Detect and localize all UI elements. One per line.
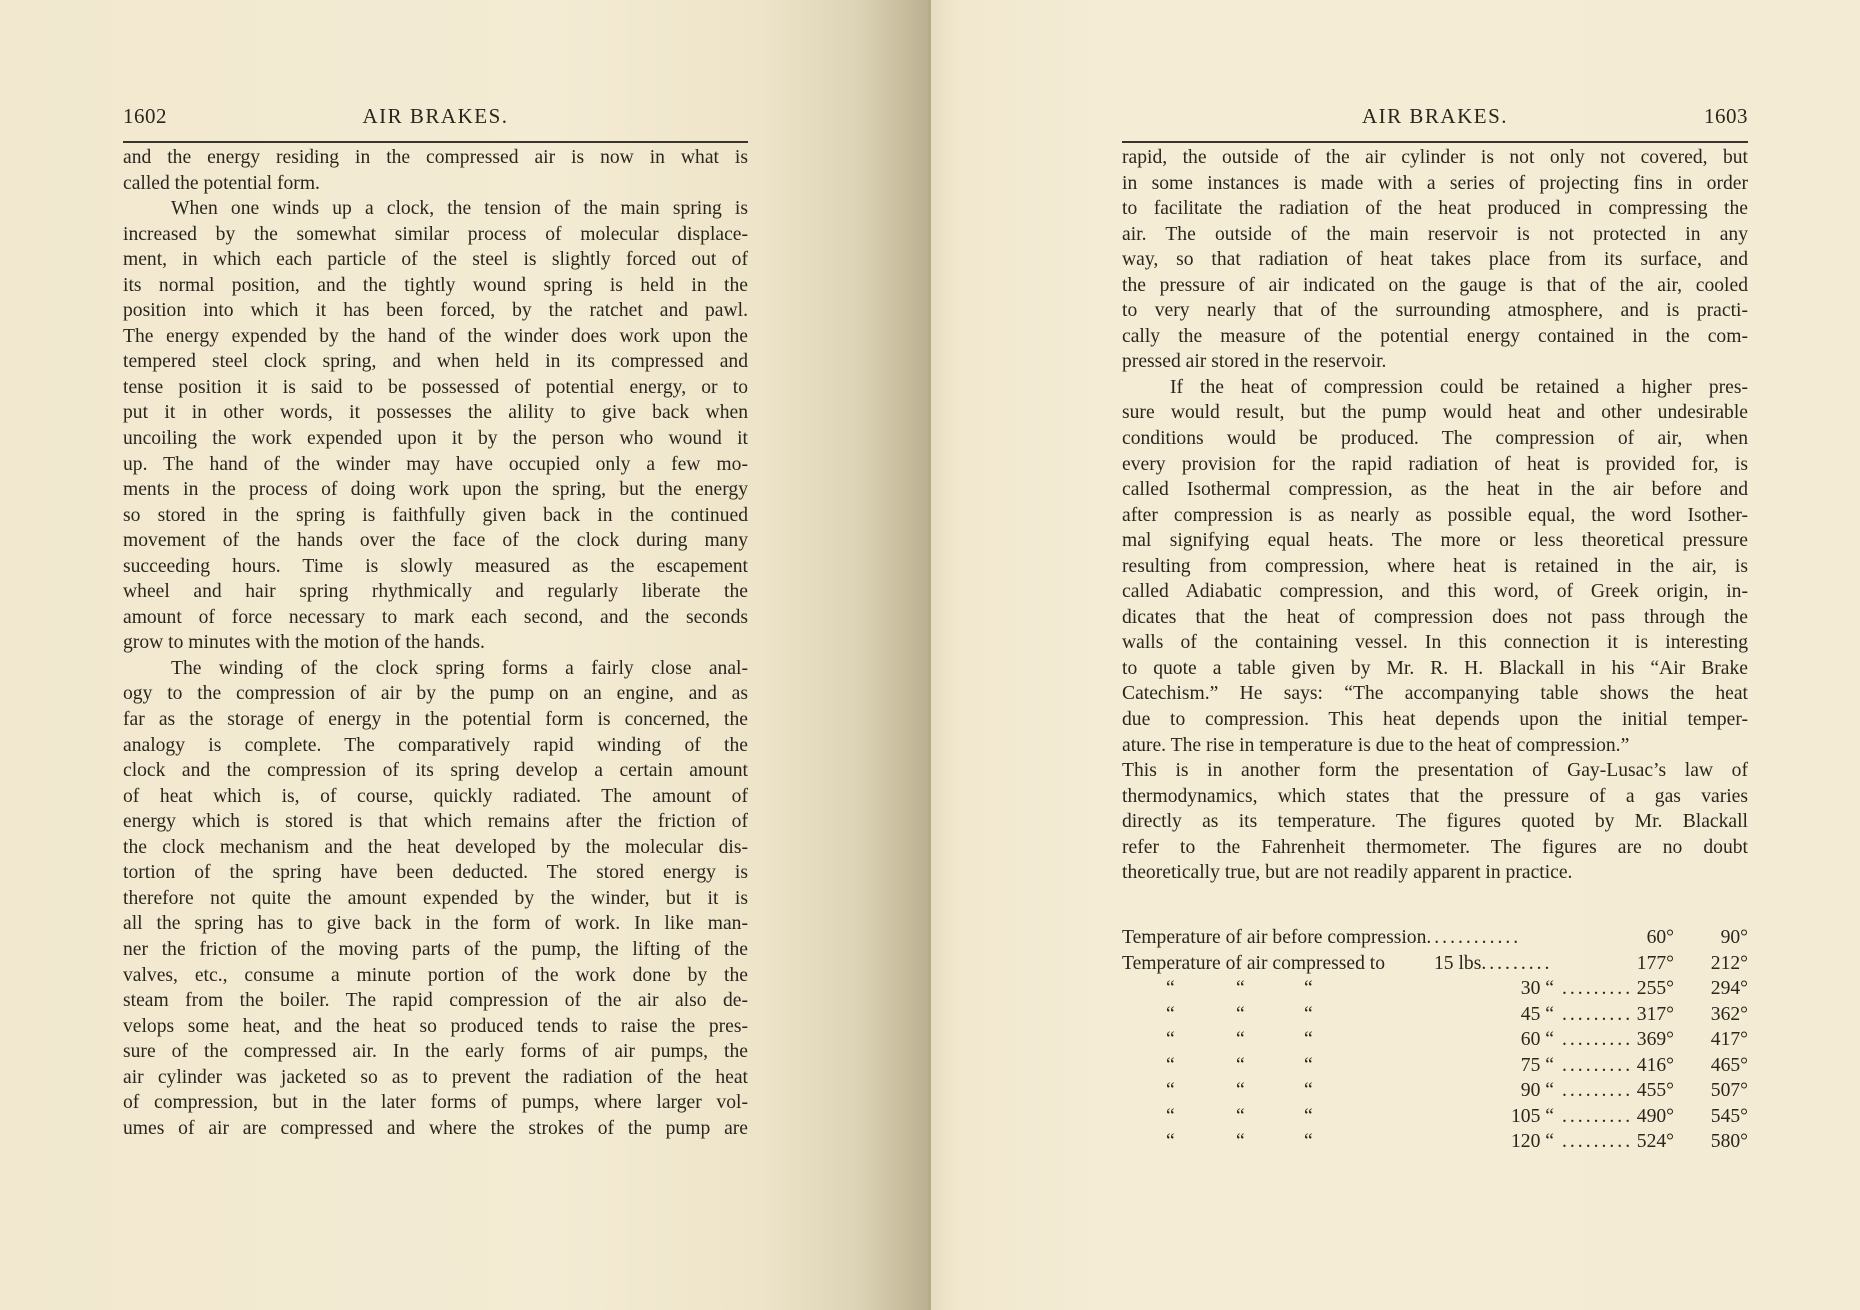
ditto-mark: “: [1166, 1078, 1175, 1104]
ditto-mark: “: [1304, 1002, 1313, 1028]
text-line: This is in another form the presentation…: [1122, 758, 1748, 784]
text-line: after compression is as nearly as possib…: [1122, 503, 1748, 529]
text-line: of compression, but in the later forms o…: [123, 1090, 748, 1116]
table-row: “““30 “.........255°294°: [1122, 976, 1748, 1002]
value-from-90: 294°: [1711, 976, 1748, 1002]
text-line: ogy to the compression of air by the pum…: [123, 681, 748, 707]
right-page-header: AIR BRAKES. 1603: [1122, 104, 1748, 134]
value-from-60: 490°: [1637, 1104, 1674, 1130]
text-line: clock and the compression of its spring …: [123, 758, 748, 784]
text-line: dicates that the heat of compression doe…: [1122, 605, 1748, 631]
pressure-cell: 45 “: [1521, 1002, 1554, 1028]
pressure-cell: 15 lbs.........: [1434, 951, 1552, 977]
text-line: every provision for the rapid radiation …: [1122, 452, 1748, 478]
book-spine: [928, 0, 931, 1310]
text-line: and the energy residing in the compresse…: [123, 145, 748, 171]
value-from-60: 369°: [1637, 1027, 1674, 1053]
value-from-60: 255°: [1637, 976, 1674, 1002]
table-row: “““45 “.........317°362°: [1122, 1002, 1748, 1028]
text-line: energy which is stored is that which rem…: [123, 809, 748, 835]
value-from-60: 317°: [1637, 1002, 1674, 1028]
text-line: tense position it is said to be possesse…: [123, 375, 748, 401]
text-line: thermodynamics, which states that the pr…: [1122, 784, 1748, 810]
text-line: uncoiling the work expended upon it by t…: [123, 426, 748, 452]
text-line: rapid, the outside of the air cylinder i…: [1122, 145, 1748, 171]
value-from-90: 417°: [1711, 1027, 1748, 1053]
pressure-cell: 90 “: [1521, 1078, 1554, 1104]
ditto-mark: “: [1166, 1129, 1175, 1155]
leader-dots: .........: [1562, 1053, 1633, 1079]
text-line: When one winds up a clock, the tension o…: [123, 196, 748, 222]
ditto-mark: “: [1304, 1027, 1313, 1053]
value-from-60: 416°: [1637, 1053, 1674, 1079]
text-line: the pressure of air indicated on the gau…: [1122, 273, 1748, 299]
text-line: ments in the process of doing work upon …: [123, 477, 748, 503]
value-from-90: 465°: [1711, 1053, 1748, 1079]
text-line: far as the storage of energy in the pote…: [123, 707, 748, 733]
text-line: cally the measure of the potential energ…: [1122, 324, 1748, 350]
header-rule: [1122, 141, 1748, 143]
text-line: called Adiabatic compression, and this w…: [1122, 579, 1748, 605]
left-page-header: 1602 AIR BRAKES.: [123, 104, 748, 134]
value-from-60: 524°: [1637, 1129, 1674, 1155]
ditto-mark: “: [1236, 1002, 1245, 1028]
text-line: due to compression. This heat depends up…: [1122, 707, 1748, 733]
ditto-mark: “: [1304, 1104, 1313, 1130]
temperature-table: Temperature of air before compression...…: [1122, 925, 1748, 1155]
leader-dots: .........: [1562, 976, 1633, 1002]
ditto-mark: “: [1236, 1053, 1245, 1079]
text-line: wheel and hair spring rhythmically and r…: [123, 579, 748, 605]
text-line: refer to the Fahrenheit thermometer. The…: [1122, 835, 1748, 861]
text-line: If the heat of compression could be reta…: [1122, 375, 1748, 401]
pressure-cell: 105 “: [1511, 1104, 1554, 1130]
text-line: tortion of the spring have been deducted…: [123, 860, 748, 886]
text-line: mal signifying equal heats. The more or …: [1122, 528, 1748, 554]
text-line: its normal position, and the tightly wou…: [123, 273, 748, 299]
value-from-90: 212°: [1711, 951, 1748, 977]
value-from-90: 580°: [1711, 1129, 1748, 1155]
text-line: all the spring has to give back in the f…: [123, 911, 748, 937]
text-line: air. The outside of the main reservoir i…: [1122, 222, 1748, 248]
leader-dots: .........: [1562, 1104, 1633, 1130]
table-row: “““90 “.........455°507°: [1122, 1078, 1748, 1104]
text-line: succeeding hours. Time is slowly measure…: [123, 554, 748, 580]
row-label: Temperature of air before compression...…: [1122, 925, 1521, 951]
text-line: movement of the hands over the face of t…: [123, 528, 748, 554]
text-line: directly as its temperature. The figures…: [1122, 809, 1748, 835]
text-line: Catechism.” He says: “The accompanying t…: [1122, 681, 1748, 707]
table-row-before-compression: Temperature of air before compression...…: [1122, 925, 1748, 951]
pressure-cell: 120 “: [1511, 1129, 1554, 1155]
table-row: “““105 “.........490°545°: [1122, 1104, 1748, 1130]
left-page-body: and the energy residing in the compresse…: [123, 145, 748, 1141]
table-row: “““75 “.........416°465°: [1122, 1053, 1748, 1079]
text-line: so stored in the spring is faithfully gi…: [123, 503, 748, 529]
text-line: ment, in which each particle of the stee…: [123, 247, 748, 273]
text-line: theoretically true, but are not readily …: [1122, 860, 1748, 886]
leader-dots: .........: [1562, 1129, 1633, 1155]
ditto-mark: “: [1236, 1027, 1245, 1053]
ditto-mark: “: [1166, 1002, 1175, 1028]
ditto-mark: “: [1304, 1129, 1313, 1155]
running-title: AIR BRAKES.: [1122, 104, 1748, 129]
text-line: way, so that radiation of heat takes pla…: [1122, 247, 1748, 273]
pressure-cell: 30 “: [1521, 976, 1554, 1002]
text-line: resulting from compression, where heat i…: [1122, 554, 1748, 580]
leader-dots: .........: [1562, 1002, 1633, 1028]
book-spread: 1602 AIR BRAKES. and the energy residing…: [0, 0, 1860, 1310]
value-initial-60: 60°: [1647, 925, 1674, 951]
value-initial-90: 90°: [1721, 925, 1748, 951]
ditto-mark: “: [1236, 1078, 1245, 1104]
text-line: sure would result, but the pump would he…: [1122, 400, 1748, 426]
running-title: AIR BRAKES.: [123, 104, 748, 129]
text-line: ature. The rise in temperature is due to…: [1122, 733, 1748, 759]
text-line: called the potential form.: [123, 171, 748, 197]
text-line: valves, etc., consume a minute portion o…: [123, 963, 748, 989]
text-line: walls of the containing vessel. In this …: [1122, 630, 1748, 656]
text-line: to facilitate the radiation of the heat …: [1122, 196, 1748, 222]
text-line: ner the friction of the moving parts of …: [123, 937, 748, 963]
value-from-90: 507°: [1711, 1078, 1748, 1104]
table-row: “““120 “.........524°580°: [1122, 1129, 1748, 1155]
text-line: put it in other words, it possesses the …: [123, 400, 748, 426]
text-line: increased by the somewhat similar proces…: [123, 222, 748, 248]
value-from-60: 177°: [1637, 951, 1674, 977]
ditto-mark: “: [1236, 976, 1245, 1002]
text-line: position into which it has been forced, …: [123, 298, 748, 324]
ditto-mark: “: [1166, 1053, 1175, 1079]
text-line: up. The hand of the winder may have occu…: [123, 452, 748, 478]
ditto-mark: “: [1236, 1129, 1245, 1155]
left-page: 1602 AIR BRAKES. and the energy residing…: [0, 0, 930, 1310]
right-page-body: rapid, the outside of the air cylinder i…: [1122, 145, 1748, 886]
text-line: velops some heat, and the heat so produc…: [123, 1014, 748, 1040]
table-row-15-lbs: Temperature of air compressed to 15 lbs.…: [1122, 951, 1748, 977]
value-from-60: 455°: [1637, 1078, 1674, 1104]
leader-dots: .........: [1562, 1027, 1633, 1053]
ditto-mark: “: [1166, 976, 1175, 1002]
text-line: sure of the compressed air. In the early…: [123, 1039, 748, 1065]
ditto-mark: “: [1304, 1078, 1313, 1104]
text-line: pressed air stored in the reservoir.: [1122, 349, 1748, 375]
ditto-mark: “: [1236, 1104, 1245, 1130]
pressure-cell: 60 “: [1521, 1027, 1554, 1053]
leader-dots: .........: [1562, 1078, 1633, 1104]
text-line: steam from the boiler. The rapid compres…: [123, 988, 748, 1014]
text-line: tempered steel clock spring, and when he…: [123, 349, 748, 375]
value-from-90: 545°: [1711, 1104, 1748, 1130]
table-row: “““60 “.........369°417°: [1122, 1027, 1748, 1053]
page-number: 1603: [1704, 104, 1748, 129]
text-line: amount of force necessary to mark each s…: [123, 605, 748, 631]
text-line: umes of air are compressed and where the…: [123, 1116, 748, 1142]
text-line: called Isothermal compression, as the he…: [1122, 477, 1748, 503]
text-line: of heat which is, of course, quickly rad…: [123, 784, 748, 810]
value-from-90: 362°: [1711, 1002, 1748, 1028]
text-line: air cylinder was jacketed so as to preve…: [123, 1065, 748, 1091]
text-line: the clock mechanism and the heat develop…: [123, 835, 748, 861]
text-line: The energy expended by the hand of the w…: [123, 324, 748, 350]
text-line: analogy is complete. The comparatively r…: [123, 733, 748, 759]
ditto-mark: “: [1166, 1027, 1175, 1053]
text-line: in some instances is made with a series …: [1122, 171, 1748, 197]
text-line: The winding of the clock spring forms a …: [123, 656, 748, 682]
ditto-mark: “: [1304, 1053, 1313, 1079]
text-line: therefore not quite the amount expended …: [123, 886, 748, 912]
row-label: Temperature of air compressed to: [1122, 951, 1385, 977]
text-line: conditions would be produced. The compre…: [1122, 426, 1748, 452]
ditto-mark: “: [1304, 976, 1313, 1002]
pressure-cell: 75 “: [1521, 1053, 1554, 1079]
text-line: grow to minutes with the motion of the h…: [123, 630, 748, 656]
header-rule: [123, 141, 748, 143]
ditto-mark: “: [1166, 1104, 1175, 1130]
text-line: to quote a table given by Mr. R. H. Blac…: [1122, 656, 1748, 682]
text-line: to very nearly that of the surrounding a…: [1122, 298, 1748, 324]
